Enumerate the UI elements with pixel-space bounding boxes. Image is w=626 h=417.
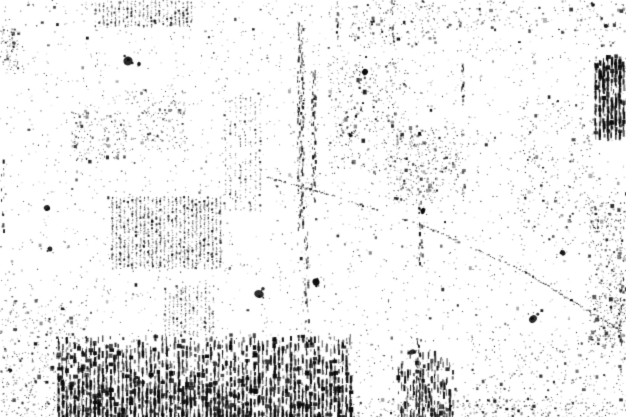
grunge-texture-canvas: [0, 0, 626, 417]
grunge-texture-page: [0, 0, 626, 417]
